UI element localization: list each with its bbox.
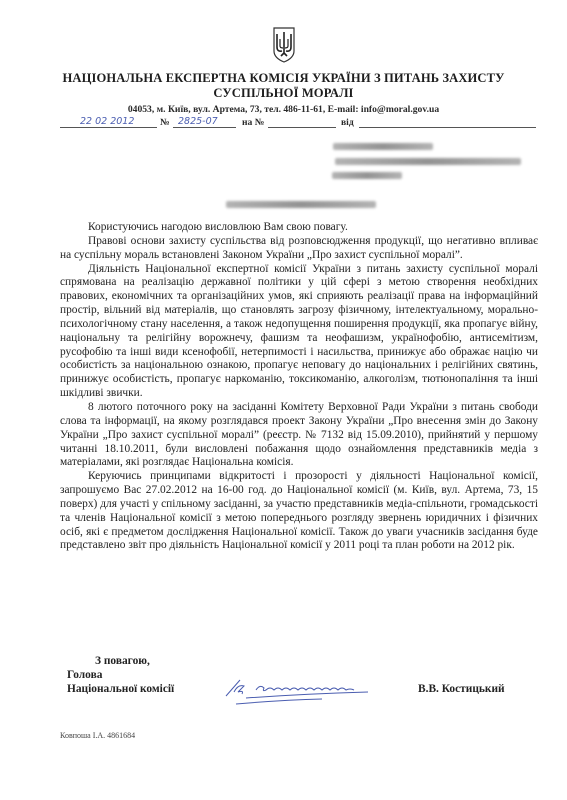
- org-name-line2: СУСПІЛЬНОЇ МОРАЛІ: [30, 86, 537, 101]
- signer-title-line2: Національної комісії: [67, 683, 174, 695]
- handwritten-signature-icon: [222, 672, 372, 708]
- reference-line: 22 02 2012 № 2825-07 на № від: [22, 114, 542, 130]
- signer-title-line1: Голова: [67, 669, 102, 681]
- paragraph: Діяльність Національної експертної коміс…: [60, 263, 538, 401]
- from-label: від: [341, 117, 354, 128]
- redacted-line: [335, 158, 521, 165]
- paragraph: 8 лютого поточного року на засіданні Ком…: [60, 401, 538, 470]
- outgoing-number: 2825-07: [178, 116, 218, 127]
- reply-to-label: на №: [242, 117, 264, 128]
- trident-emblem-icon: [272, 27, 296, 63]
- from-underline: [359, 127, 536, 128]
- paragraph: Керуючись принципами відкритості і прозо…: [60, 470, 538, 553]
- redacted-line: [333, 143, 433, 150]
- closing-regards: З повагою,: [95, 655, 150, 667]
- date-underline: [60, 127, 157, 128]
- organization-name: НАЦІОНАЛЬНА ЕКСПЕРТНА КОМІСІЯ УКРАЇНИ З …: [30, 71, 537, 101]
- letter-page: НАЦІОНАЛЬНА ЕКСПЕРТНА КОМІСІЯ УКРАЇНИ З …: [0, 0, 567, 800]
- paragraph: Користуючись нагодою висловлюю Вам свою …: [60, 221, 538, 235]
- letter-body: Користуючись нагодою висловлюю Вам свою …: [60, 221, 538, 553]
- org-name-line1: НАЦІОНАЛЬНА ЕКСПЕРТНА КОМІСІЯ УКРАЇНИ З …: [30, 71, 537, 86]
- executor-contact: Ковпоша І.А. 4861684: [60, 731, 135, 740]
- redacted-salutation: [226, 201, 376, 208]
- number-underline: [173, 127, 236, 128]
- reply-to-underline: [268, 127, 336, 128]
- signer-name: В.В. Костицький: [418, 683, 505, 695]
- outgoing-date: 22 02 2012: [80, 116, 134, 127]
- redacted-line: [332, 172, 402, 179]
- paragraph: Правові основи захисту суспільства від р…: [60, 235, 538, 263]
- number-label: №: [160, 117, 170, 128]
